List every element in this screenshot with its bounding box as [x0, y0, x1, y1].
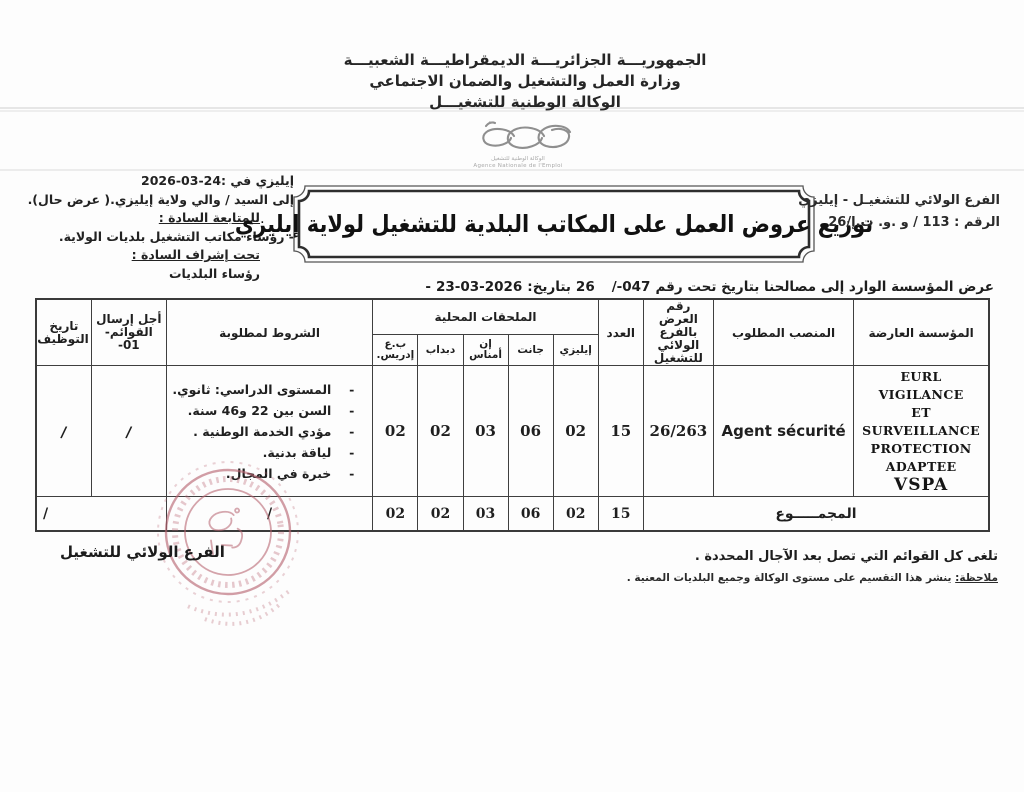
supervision-label: تحت إشراف السادة :	[22, 246, 294, 265]
company-line: EURL VIGILANCE	[856, 368, 986, 404]
intro-line: عرض المؤسسة الوارد إلى مصالحنا بتاريخ تح…	[425, 279, 994, 295]
col-header-local-annexes: الملحقات المحلية	[373, 299, 598, 335]
condition-item: السن بين 22 و46 سنة.	[188, 402, 332, 419]
annex-value-debdeb: 02	[418, 366, 463, 497]
remark-text: ينشر هذا التقسيم على مستوى الوكالة وجميع…	[627, 572, 955, 584]
totals-in-amenas: 03	[463, 497, 508, 532]
offer-number-cell: 26/263	[643, 366, 713, 497]
logo-caption-arabic: الوكالة الوطنية للتشغيل	[438, 156, 598, 163]
company-line: ET	[856, 404, 986, 422]
col-header-count: العدد	[598, 299, 643, 366]
totals-debdeb: 02	[418, 497, 463, 532]
position-cell: Agent sécurité	[713, 366, 853, 497]
condition-item: مؤدي الخدمة الوطنية .	[193, 423, 331, 440]
government-header: الجمهوريـــة الجزائريـــة الديمقراطيـــة…	[300, 50, 750, 113]
company-line: PROTECTION	[856, 440, 986, 458]
annex-value-in-amenas: 03	[463, 366, 508, 497]
company-acronym: VSPA	[856, 476, 986, 494]
intro-text: عرض المؤسسة الوارد إلى مصالحنا بتاريخ تح…	[655, 279, 994, 295]
agency-logo: الوكالة الوطنية للتشغيل Agence Nationale…	[438, 116, 598, 170]
document-title: توزيع عروض العمل على المكاتب البلدية للت…	[292, 179, 816, 269]
annex-header-in-amenas: إن أمناس	[463, 335, 508, 366]
col-header-deadline: أجل إرسال القوائم- 01-	[91, 299, 166, 366]
count-cell: 15	[598, 366, 643, 497]
totals-left-cell: /	[36, 497, 166, 532]
totals-illizi: 02	[553, 497, 598, 532]
intro-date-word: بتاريخ:	[527, 279, 571, 295]
annex-header-bordj-omar-idriss: ب.ع إدريس.	[373, 335, 418, 366]
addressee-line: إلى السيد / والي ولاية إيليزي.( عرض حال)…	[22, 191, 294, 210]
annex-header-djanet: جانت	[508, 335, 553, 366]
distribution-table: المؤسسة العارضة المنصب المطلوب رقم العرض…	[35, 298, 990, 532]
supervision-item: رؤساء البلديات	[22, 265, 294, 284]
intro-tail: -	[425, 279, 431, 295]
annex-header-illizi: إيليزي	[553, 335, 598, 366]
remark-label: ملاحظة:	[955, 572, 998, 584]
logo-caption-french: Agence Nationale de l'Emploi	[438, 163, 598, 170]
totals-row: المجمـــــوع 15 02 06 03 02 02 / /	[36, 497, 989, 532]
deadline-cell: /	[91, 366, 166, 497]
condition-item: لياقة بدنية.	[263, 444, 332, 461]
offer-row: EURL VIGILANCE ET SURVEILLANCE PROTECTIO…	[36, 366, 989, 497]
ministry-line: وزارة العمل والتشغيل والضمان الاجتماعي	[300, 71, 750, 92]
condition-item: المستوى الدراسي: ثانوي.	[172, 381, 331, 398]
conditions-cell: -المستوى الدراسي: ثانوي. -السن بين 22 و4…	[166, 366, 372, 497]
republic-line: الجمهوريـــة الجزائريـــة الديمقراطيـــة…	[300, 50, 750, 71]
anem-logo-icon	[448, 116, 588, 156]
agency-line: الوكالة الوطنية للتشغيـــل	[300, 92, 750, 113]
intro-offer-number: /-047	[612, 279, 651, 295]
hire-date-cell: /	[36, 366, 91, 497]
company-cell: EURL VIGILANCE ET SURVEILLANCE PROTECTIO…	[854, 366, 989, 497]
annex-header-debdeb: دبداب	[418, 335, 463, 366]
title-plaque: توزيع عروض العمل على المكاتب البلدية للت…	[292, 184, 816, 264]
totals-count: 15	[598, 497, 643, 532]
reference-number: الرقم : 113 / و .و. ت.إ/26	[780, 212, 1000, 234]
col-header-hire-date: تاريخ التوظيف	[36, 299, 91, 366]
col-header-conditions: الشروط لمطلوبة	[166, 299, 372, 366]
annex-value-djanet: 06	[508, 366, 553, 497]
remark-note: ملاحظة: ينشر هذا التقسيم على مستوى الوكا…	[627, 572, 998, 584]
company-line: SURVEILLANCE	[856, 422, 986, 440]
annex-value-bordj-omar-idriss: 02	[373, 366, 418, 497]
cancellation-note: تلغى كل القوائم التي تصل بعد الآجال المح…	[695, 549, 998, 564]
condition-item: خبرة في المجال.	[226, 465, 331, 482]
col-header-company: المؤسسة العارضة	[854, 299, 989, 366]
intro-date: 23-03-2026	[436, 279, 522, 295]
annex-value-illizi: 02	[553, 366, 598, 497]
signature-title: الفرع الولائي للتشغيل	[60, 543, 225, 561]
totals-djanet: 06	[508, 497, 553, 532]
scanned-document-page: الجمهوريـــة الجزائريـــة الديمقراطيـــة…	[0, 0, 1024, 792]
totals-label: المجمـــــوع	[643, 497, 989, 532]
totals-conditions-cell: /	[166, 497, 372, 532]
intro-num2: 26	[576, 279, 595, 295]
col-header-position: المنصب المطلوب	[713, 299, 853, 366]
col-header-offer-number: رقم العرض بالفرع الولائي للتشغيل	[643, 299, 713, 366]
totals-bordj-omar-idriss: 02	[373, 497, 418, 532]
branch-line: الفرع الولائي للتشغيـل - إيليزي	[780, 190, 1000, 212]
doc-date: إيليزي في :24-03-2026	[22, 172, 294, 191]
reference-block: الفرع الولائي للتشغيـل - إيليزي الرقم : …	[780, 190, 1000, 234]
company-line: ADAPTEE	[856, 458, 986, 476]
